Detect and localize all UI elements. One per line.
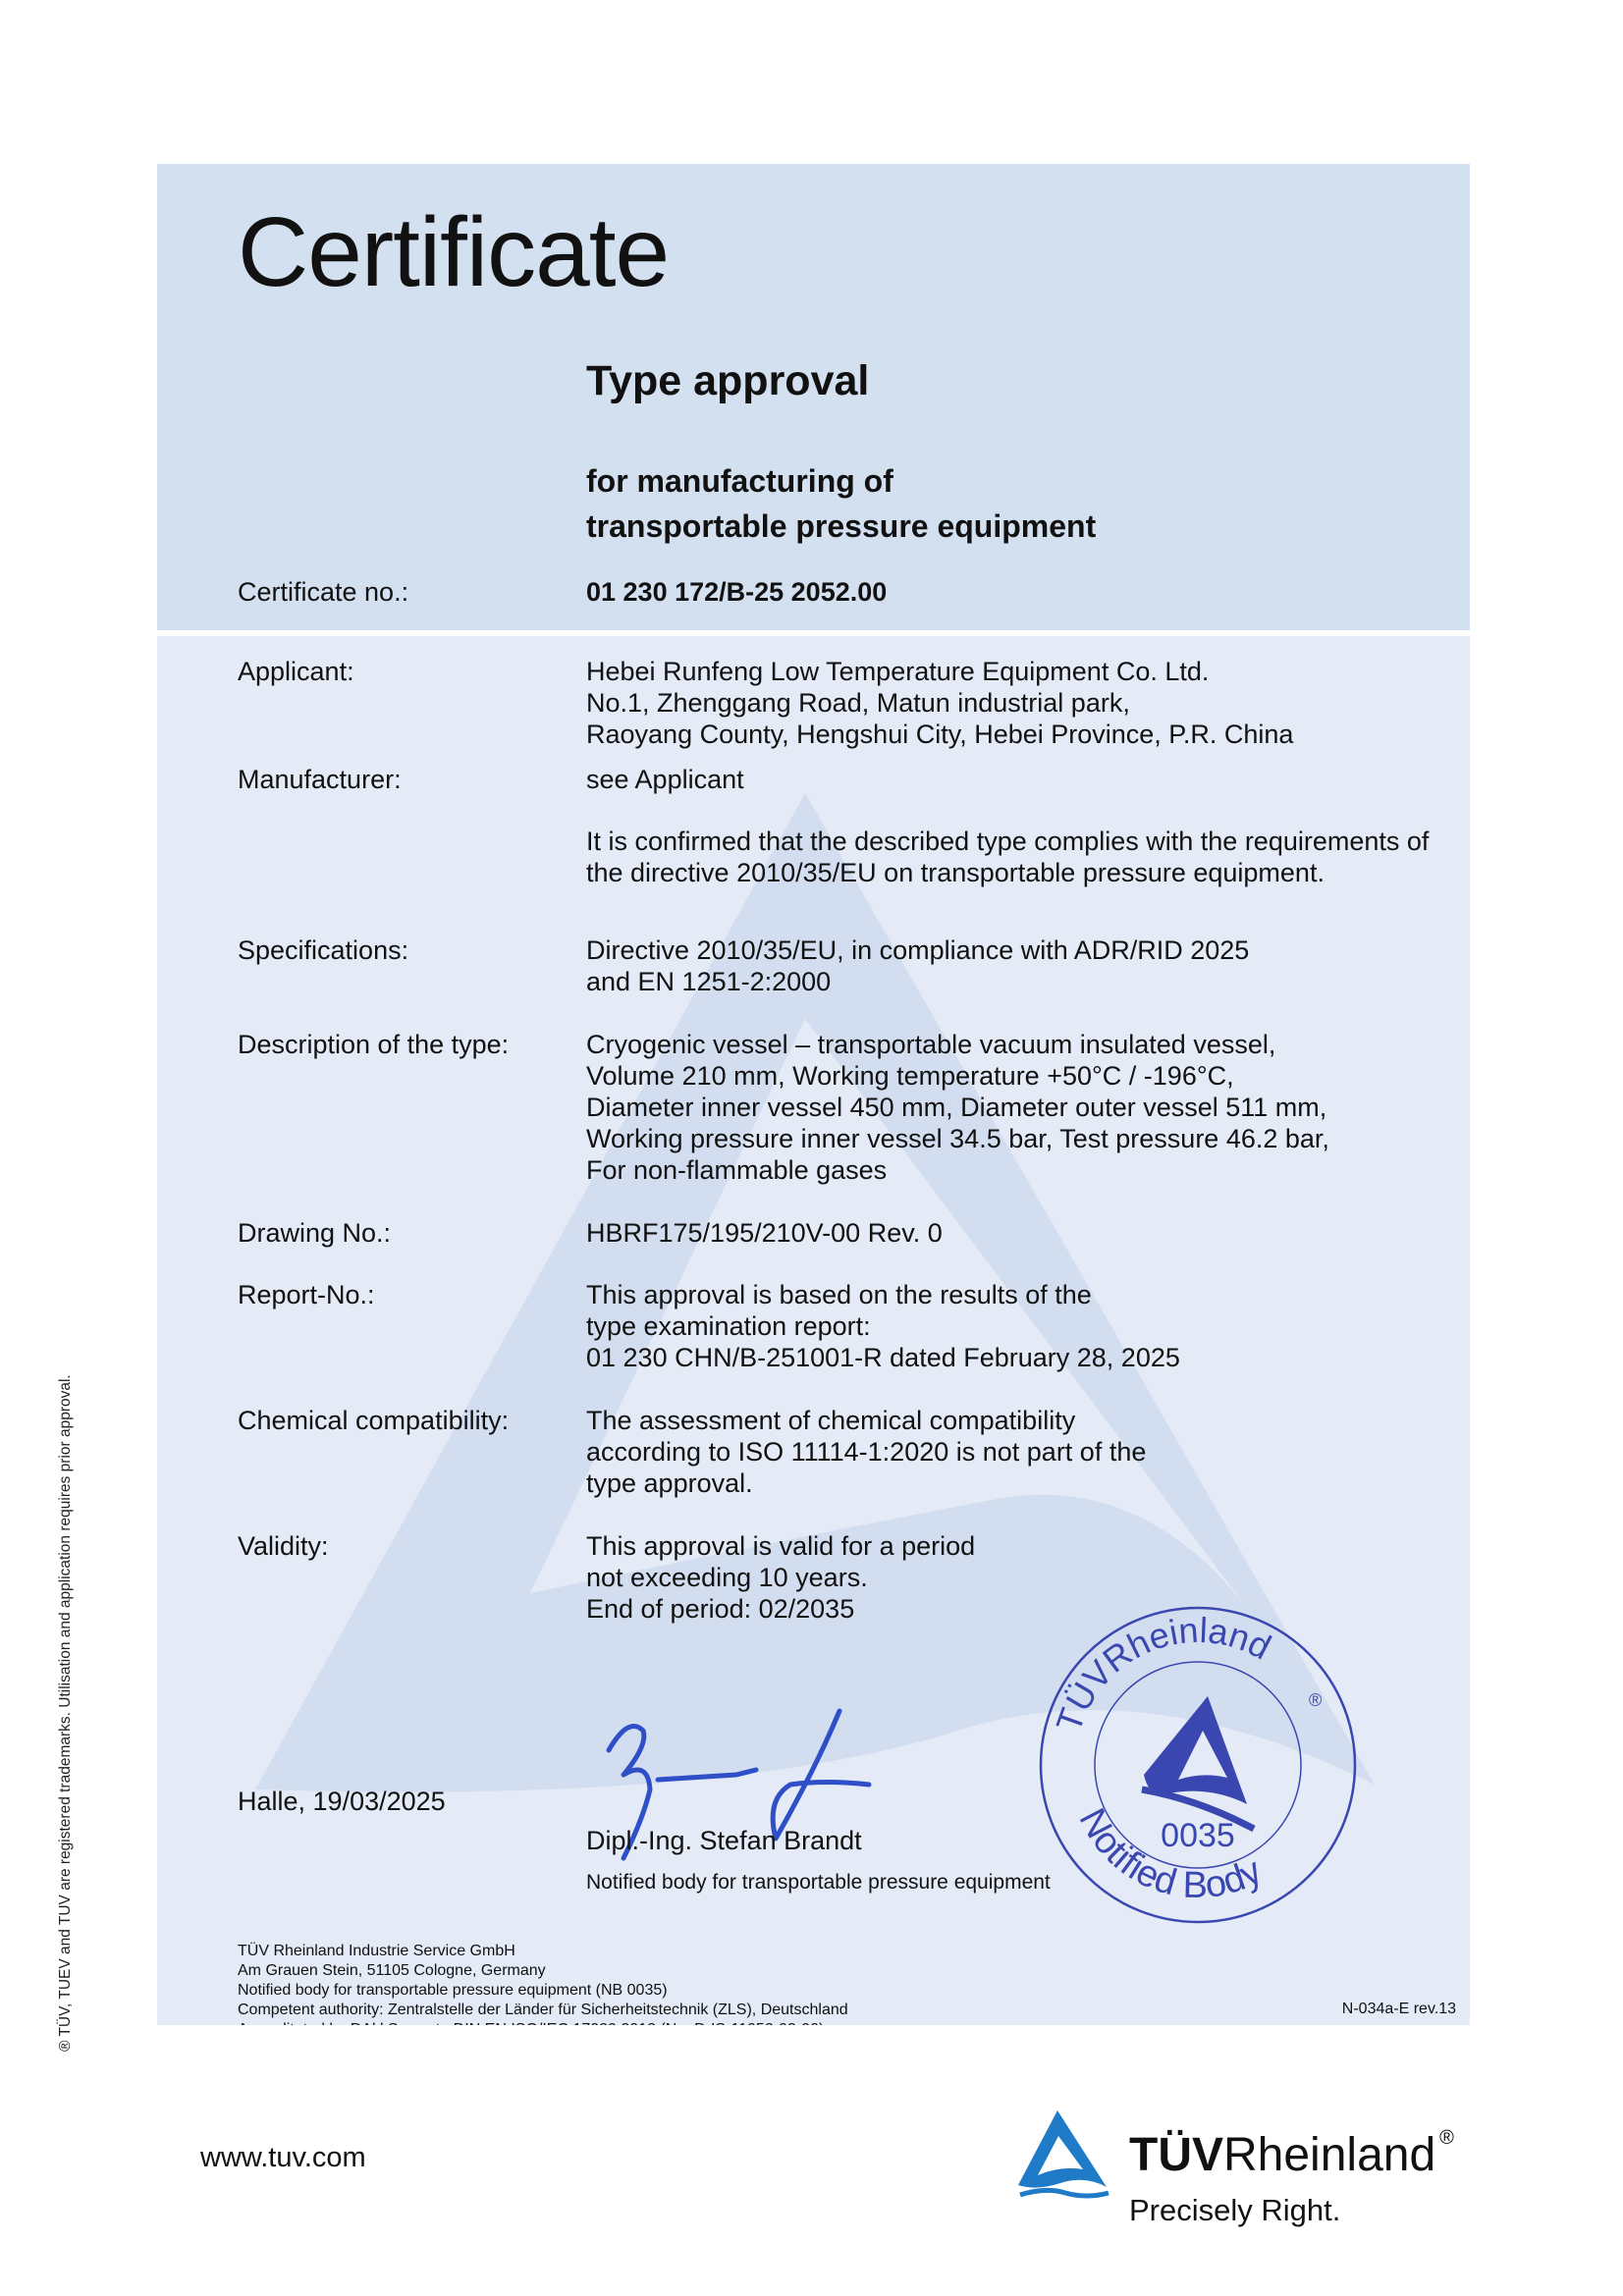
- purpose-line: for manufacturing of: [586, 458, 1096, 504]
- field-label: Description of the type:: [238, 1029, 586, 1060]
- field-value-line: No.1, Zhenggang Road, Matun industrial p…: [586, 687, 1470, 719]
- field-value-line: not exceeding 10 years.: [586, 1562, 1470, 1593]
- imprint-line: Am Grauen Stein, 51105 Cologne, Germany: [238, 1961, 848, 1981]
- certificate-no-label: Certificate no.:: [238, 576, 408, 608]
- field-value-line: Cryogenic vessel – transportable vacuum …: [586, 1029, 1470, 1060]
- brand-tagline: Precisely Right.: [1129, 2193, 1340, 2228]
- field-value-line: For non-flammable gases: [586, 1154, 1470, 1186]
- field-label: Validity:: [238, 1530, 586, 1562]
- field-label: Applicant:: [238, 656, 586, 687]
- brand-name-bold: TÜV: [1129, 2129, 1223, 2181]
- field-value-line: Volume 210 mm, Working temperature +50°C…: [586, 1060, 1470, 1092]
- issuer-imprint: TÜV Rheinland Industrie Service GmbH Am …: [238, 1942, 848, 2025]
- field-value-line: and EN 1251-2:2000: [586, 966, 1470, 997]
- approval-type: Type approval: [586, 360, 869, 402]
- field-value-line: Working pressure inner vessel 34.5 bar, …: [586, 1123, 1470, 1154]
- field-value-line: HBRF175/195/210V-00 Rev. 0: [586, 1217, 1470, 1249]
- imprint-line: Notified body for transportable pressure…: [238, 1981, 848, 2001]
- field-value-line: type examination report:: [586, 1310, 1470, 1342]
- field-value: see Applicant: [586, 764, 1470, 795]
- field-value-line: Directive 2010/35/EU, in compliance with…: [586, 934, 1470, 966]
- field-value-line: It is confirmed that the described type …: [586, 826, 1470, 857]
- field-value: Directive 2010/35/EU, in compliance with…: [586, 934, 1470, 997]
- field-value-line: Diameter inner vessel 450 mm, Diameter o…: [586, 1092, 1470, 1123]
- field-value-line: see Applicant: [586, 764, 1470, 795]
- brand-name: TÜVRheinland®: [1129, 2132, 1454, 2179]
- signer-name: Dipl.-Ing. Stefan Brandt: [586, 1826, 862, 1856]
- field-label: Specifications:: [238, 934, 586, 966]
- place-and-date: Halle, 19/03/2025: [238, 1787, 446, 1817]
- field-value-line: the directive 2010/35/EU on transportabl…: [586, 857, 1470, 888]
- brand-name-regular: Rheinland: [1223, 2129, 1435, 2181]
- svg-text:TÜVRheinland: TÜVRheinland: [1048, 1610, 1277, 1737]
- field-value: Hebei Runfeng Low Temperature Equipment …: [586, 656, 1470, 750]
- field-value-line: This approval is valid for a period: [586, 1530, 1470, 1562]
- field-label: Manufacturer:: [238, 764, 586, 795]
- field-value-line: Raoyang County, Hengshui City, Hebei Pro…: [586, 719, 1470, 750]
- field-value: This approval is based on the results of…: [586, 1279, 1470, 1373]
- field-label: Chemical compatibility:: [238, 1405, 586, 1436]
- field-value: HBRF175/195/210V-00 Rev. 0: [586, 1217, 1470, 1249]
- website-link[interactable]: www.tuv.com: [200, 2142, 366, 2174]
- approval-purpose: for manufacturing of transportable press…: [586, 458, 1096, 549]
- imprint-line: TÜV Rheinland Industrie Service GmbH: [238, 1942, 848, 1961]
- purpose-line: transportable pressure equipment: [586, 504, 1096, 549]
- notified-body-stamp-icon: TÜVRheinland ® 0035 Notified Body: [1036, 1603, 1360, 1927]
- field-value-line: 01 230 CHN/B-251001-R dated February 28,…: [586, 1342, 1470, 1373]
- imprint-line: Accreditated by DAkkS acc. to DIN EN ISO…: [238, 2020, 848, 2025]
- certificate-header: Certificate Type approval for manufactur…: [157, 164, 1470, 630]
- signer-role: Notified body for transportable pressure…: [586, 1871, 1051, 1895]
- field-value: Cryogenic vessel – transportable vacuum …: [586, 1029, 1470, 1186]
- form-revision-id: N-034a-E rev.13: [1342, 2001, 1456, 2018]
- stamp-registered: ®: [1309, 1690, 1322, 1710]
- field-value-line: type approval.: [586, 1468, 1470, 1499]
- brand-registered-mark: ®: [1439, 2127, 1454, 2149]
- certificate-no-value: 01 230 172/B-25 2052.00: [586, 576, 887, 608]
- tuv-rheinland-logo-icon: [1016, 2109, 1114, 2207]
- trademark-notice: ® TÜV, TUEV and TUV are registered trade…: [57, 1374, 75, 2052]
- field-value-line: Hebei Runfeng Low Temperature Equipment …: [586, 656, 1470, 687]
- stamp-number: 0035: [1161, 1817, 1235, 1854]
- certificate-body: Applicant:Hebei Runfeng Low Temperature …: [157, 636, 1470, 2025]
- imprint-line: Competent authority: Zentralstelle der L…: [238, 2001, 848, 2020]
- field-value: It is confirmed that the described type …: [586, 826, 1470, 888]
- field-value-line: The assessment of chemical compatibility: [586, 1405, 1470, 1436]
- field-label: Report-No.:: [238, 1279, 586, 1310]
- field-label: Drawing No.:: [238, 1217, 586, 1249]
- document-title: Certificate: [238, 203, 669, 301]
- field-value-line: according to ISO 11114-1:2020 is not par…: [586, 1436, 1470, 1468]
- field-value: The assessment of chemical compatibility…: [586, 1405, 1470, 1499]
- stamp-top-text: TÜVRheinland: [1048, 1610, 1277, 1737]
- field-value-line: This approval is based on the results of…: [586, 1279, 1470, 1310]
